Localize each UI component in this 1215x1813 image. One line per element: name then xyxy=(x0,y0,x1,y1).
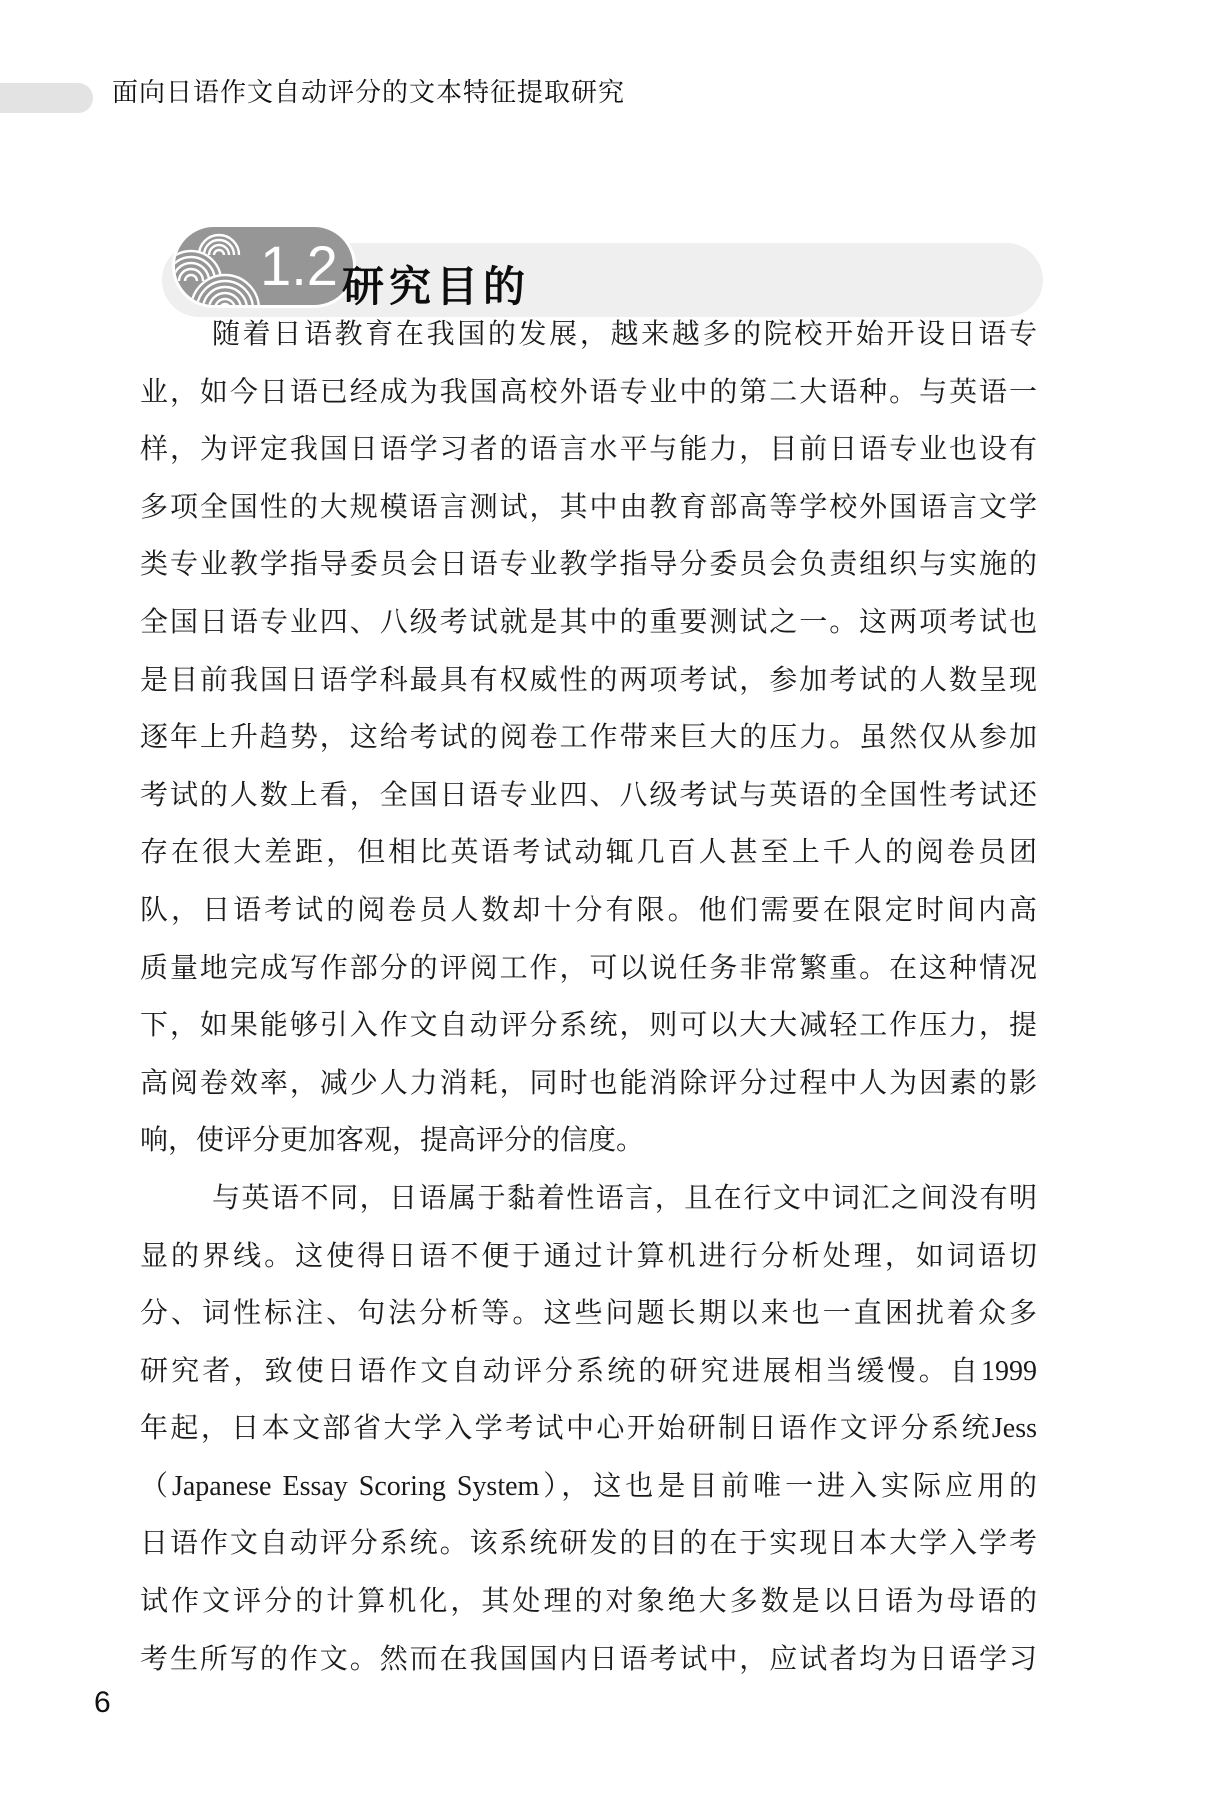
text-line: 显的界线。这使得日语不便于通过计算机进行分析处理，如词语切 xyxy=(140,1228,1037,1286)
text-line: 逐年上升趋势，这给考试的阅卷工作带来巨大的压力。虽然仅从参加 xyxy=(140,709,1037,767)
section-title: 研究目的 xyxy=(342,254,530,314)
text-line: 多项全国性的大规模语言测试，其中由教育部高等学校外国语言文学 xyxy=(140,479,1037,537)
text-line: 考试的人数上看，全国日语专业四、八级考试与英语的全国性考试还 xyxy=(140,767,1037,825)
section-number: 1.2 xyxy=(245,233,353,299)
text-line: （Japanese Essay Scoring System），这也是目前唯一进… xyxy=(140,1458,1037,1516)
header-decoration-bar xyxy=(0,83,93,113)
text-line: 分、词性标注、句法分析等。这些问题长期以来也一直困扰着众多 xyxy=(140,1285,1037,1343)
text-line: 考生所写的作文。然而在我国国内日语考试中，应试者均为日语学习 xyxy=(140,1631,1037,1689)
text-line: 年起，日本文部省大学入学考试中心开始研制日语作文评分系统Jess xyxy=(140,1400,1037,1458)
text-line: 类专业教学指导委员会日语专业教学指导分委员会负责组织与实施的 xyxy=(140,536,1037,594)
text-line: 响，使评分更加客观，提高评分的信度。 xyxy=(140,1112,1037,1170)
text-line: 与英语不同，日语属于黏着性语言，且在行文中词汇之间没有明 xyxy=(140,1170,1037,1228)
text-line: 样，为评定我国日语学习者的语言水平与能力，目前日语专业也设有 xyxy=(140,421,1037,479)
book-page: 面向日语作文自动评分的文本特征提取研究 xyxy=(0,0,1215,1813)
text-line: 质量地完成写作部分的评阅工作，可以说任务非常繁重。在这种情况 xyxy=(140,940,1037,998)
text-line: 全国日语专业四、八级考试就是其中的重要测试之一。这两项考试也 xyxy=(140,594,1037,652)
body-text: 随着日语教育在我国的发展，越来越多的院校开始开设日语专 业，如今日语已经成为我国… xyxy=(140,306,1037,1688)
text-line: 高阅卷效率，减少人力消耗，同时也能消除评分过程中人为因素的影 xyxy=(140,1055,1037,1113)
text-line: 下，如果能够引入作文自动评分系统，则可以大大减轻工作压力，提 xyxy=(140,997,1037,1055)
text-line: 存在很大差距，但相比英语考试动辄几百人甚至上千人的阅卷员团 xyxy=(140,824,1037,882)
paragraph-2: 与英语不同，日语属于黏着性语言，且在行文中词汇之间没有明 显的界线。这使得日语不… xyxy=(140,1170,1037,1688)
text-line: 日语作文自动评分系统。该系统研发的目的在于实现日本大学入学考 xyxy=(140,1515,1037,1573)
paragraph-1: 随着日语教育在我国的发展，越来越多的院校开始开设日语专 业，如今日语已经成为我国… xyxy=(140,306,1037,1170)
text-line: 队，日语考试的阅卷员人数却十分有限。他们需要在限定时间内高 xyxy=(140,882,1037,940)
text-line: 是目前我国日语学科最具有权威性的两项考试，参加考试的人数呈现 xyxy=(140,652,1037,710)
text-line: 业，如今日语已经成为我国高校外语专业中的第二大语种。与英语一 xyxy=(140,364,1037,422)
text-line: 试作文评分的计算机化，其处理的对象绝大多数是以日语为母语的 xyxy=(140,1573,1037,1631)
text-line: 研究者，致使日语作文自动评分系统的研究进展相当缓慢。自1999 xyxy=(140,1343,1037,1401)
running-header-title: 面向日语作文自动评分的文本特征提取研究 xyxy=(112,72,625,109)
text-line: 随着日语教育在我国的发展，越来越多的院校开始开设日语专 xyxy=(140,306,1037,364)
section-number-badge: 1.2 xyxy=(172,224,356,308)
page-number: 6 xyxy=(94,1686,111,1720)
